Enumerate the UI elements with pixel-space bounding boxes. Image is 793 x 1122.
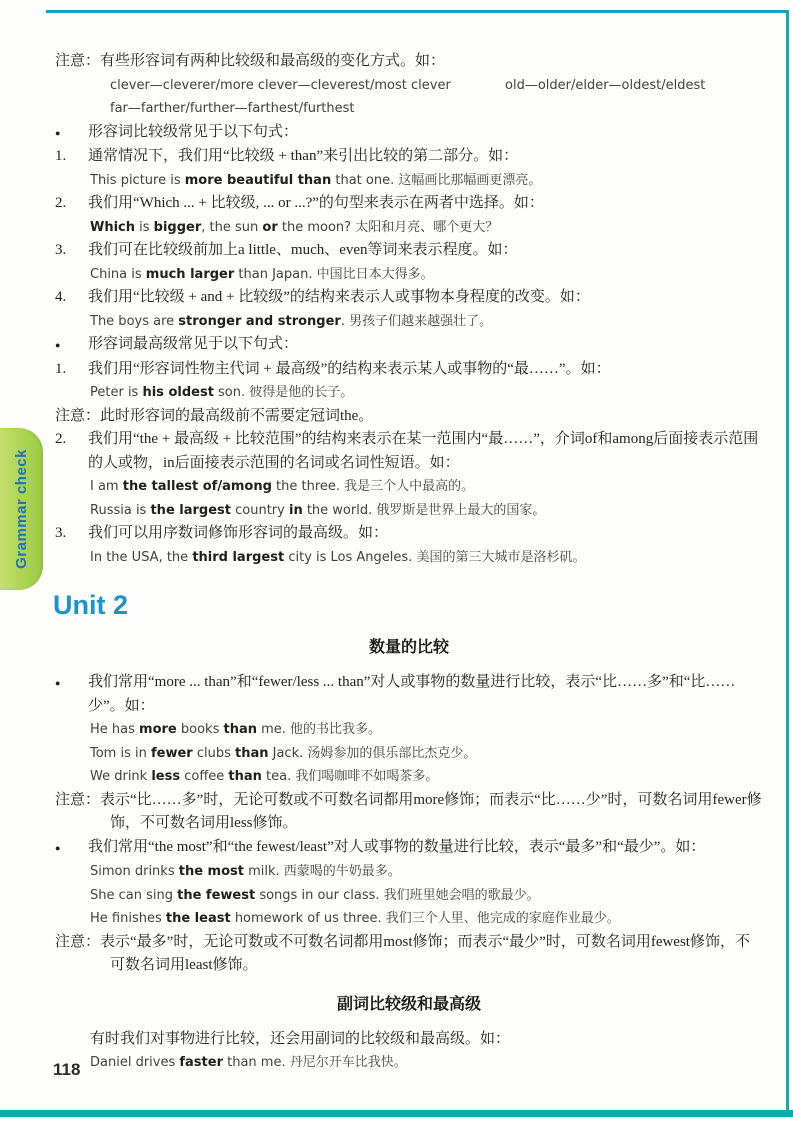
example: This picture is more beautiful than that… (55, 169, 763, 193)
list-item-text: 形容词比较级常见于以下句式： (88, 121, 763, 146)
list-item-text: 我们常用“the most”和“the fewest/least”对人或事物的数… (88, 836, 763, 861)
grammar-check-tab-label: Grammar check (13, 449, 30, 569)
list-item-text: 我们用“the + 最高级 + 比较范围”的结构来表示在某一范围内“最……”，介… (88, 428, 763, 475)
bullet: ●形容词最高级常见于以下句式： (55, 333, 763, 358)
note-label: 注意： (55, 792, 100, 808)
note-label: 注意： (55, 408, 100, 424)
example: He has more books than me. 他的书比我多。 (55, 718, 763, 742)
list-item-text: 我们用“比较级 + and + 比较级”的结构来表示人或事物本身程度的改变。如： (88, 286, 763, 310)
list-item-text: 我们可以用序数词修饰形容词的最高级。如： (88, 522, 763, 546)
list-number: 1. (55, 145, 88, 169)
note: 注意：有些形容词有两种比较级和最高级的变化方式。如： (55, 50, 763, 74)
example: I am the tallest of/among the three. 我是三… (55, 475, 763, 499)
list-item-text: 形容词最高级常见于以下句式： (88, 333, 763, 358)
example: Simon drinks the most milk. 西蒙喝的牛奶最多。 (55, 860, 763, 884)
example: The boys are stronger and stronger. 男孩子们… (55, 310, 763, 334)
example-text: old—older/elder—oldest/eldest (505, 74, 705, 98)
list-number: 1. (55, 358, 88, 382)
content-blocks: 注意：有些形容词有两种比较级和最高级的变化方式。如：clever—clevere… (55, 50, 763, 1075)
numbered: 2.我们用“the + 最高级 + 比较范围”的结构来表示在某一范围内“最……”… (55, 428, 763, 475)
example: She can sing the fewest songs in our cla… (55, 884, 763, 908)
list-item-text: 我们用“Which ... + 比较级, ... or ...?”的句型来表示在… (88, 192, 763, 216)
example: He finishes the least homework of us thr… (55, 907, 763, 931)
example: Peter is his oldest son. 彼得是他的长子。 (55, 381, 763, 405)
list-item-text: 我们用“形容词性物主代词 + 最高级”的结构来表示某人或事物的“最……”。如： (88, 358, 763, 382)
numbered: 3.我们可在比较级前加上a little、much、even等词来表示程度。如： (55, 239, 763, 263)
bullet-icon: ● (55, 836, 88, 861)
note-label: 注意： (55, 934, 100, 950)
plain: 有时我们对事物进行比较，还会用副词的比较级和最高级。如： (55, 1028, 763, 1052)
example: We drink less coffee than tea. 我们喝咖啡不如喝茶… (55, 765, 763, 789)
list-number: 2. (55, 428, 88, 475)
example: Tom is in fewer clubs than Jack. 汤姆参加的俱乐… (55, 742, 763, 766)
page-frame-right-line (786, 10, 789, 1114)
list-number: 3. (55, 239, 88, 263)
bullet-icon: ● (55, 121, 88, 146)
example: China is much larger than Japan. 中国比日本大得… (55, 263, 763, 287)
page-frame-top-line (46, 10, 789, 13)
numbered: 2.我们用“Which ... + 比较级, ... or ...?”的句型来表… (55, 192, 763, 216)
section-heading: 副词比较级和最高级 (55, 993, 763, 1017)
example-pair: far—farther/further—farthest/furthest (55, 97, 763, 121)
grammar-check-tab: Grammar check (0, 428, 43, 590)
example-text: far—farther/further—farthest/furthest (110, 97, 505, 121)
numbered: 1.我们用“形容词性物主代词 + 最高级”的结构来表示某人或事物的“最……”。如… (55, 358, 763, 382)
example: Daniel drives faster than me. 丹尼尔开车比我快。 (55, 1051, 763, 1075)
list-number: 2. (55, 192, 88, 216)
example: In the USA, the third largest city is Lo… (55, 546, 763, 570)
numbered: 3.我们可以用序数词修饰形容词的最高级。如： (55, 522, 763, 546)
note: 注意：表示“最多”时，无论可数或不可数名词都用most修饰；而表示“最少”时，可… (55, 931, 763, 978)
section-heading: 数量的比较 (55, 636, 763, 660)
page-frame-bottom-bar (0, 1110, 793, 1117)
example-pair: clever—cleverer/more clever—cleverest/mo… (55, 74, 763, 98)
note: 注意：此时形容词的最高级前不需要定冠词the。 (55, 405, 763, 429)
list-number: 4. (55, 286, 88, 310)
note-label: 注意： (55, 53, 100, 69)
note: 注意：表示“比……多”时，无论可数或不可数名词都用more修饰；而表示“比……少… (55, 789, 763, 836)
list-item-text: 通常情况下，我们用“比较级 + than”来引出比较的第二部分。如： (88, 145, 763, 169)
list-item-text: 我们可在比较级前加上a little、much、even等词来表示程度。如： (88, 239, 763, 263)
example: Which is bigger, the sun or the moon? 太阳… (55, 216, 763, 240)
list-number: 3. (55, 522, 88, 546)
page-number: 118 (53, 1060, 80, 1080)
example: Russia is the largest country in the wor… (55, 499, 763, 523)
bullet-icon: ● (55, 671, 88, 718)
bullet: ●我们常用“more ... than”和“fewer/less ... tha… (55, 671, 763, 718)
bullet: ●我们常用“the most”和“the fewest/least”对人或事物的… (55, 836, 763, 861)
example-text: clever—cleverer/more clever—cleverest/mo… (110, 74, 505, 98)
list-item-text: 我们常用“more ... than”和“fewer/less ... than… (88, 671, 763, 718)
bullet: ●形容词比较级常见于以下句式： (55, 121, 763, 146)
numbered: 4.我们用“比较级 + and + 比较级”的结构来表示人或事物本身程度的改变。… (55, 286, 763, 310)
bullet-icon: ● (55, 333, 88, 358)
numbered: 1.通常情况下，我们用“比较级 + than”来引出比较的第二部分。如： (55, 145, 763, 169)
unit-heading: Unit 2 (53, 589, 763, 621)
